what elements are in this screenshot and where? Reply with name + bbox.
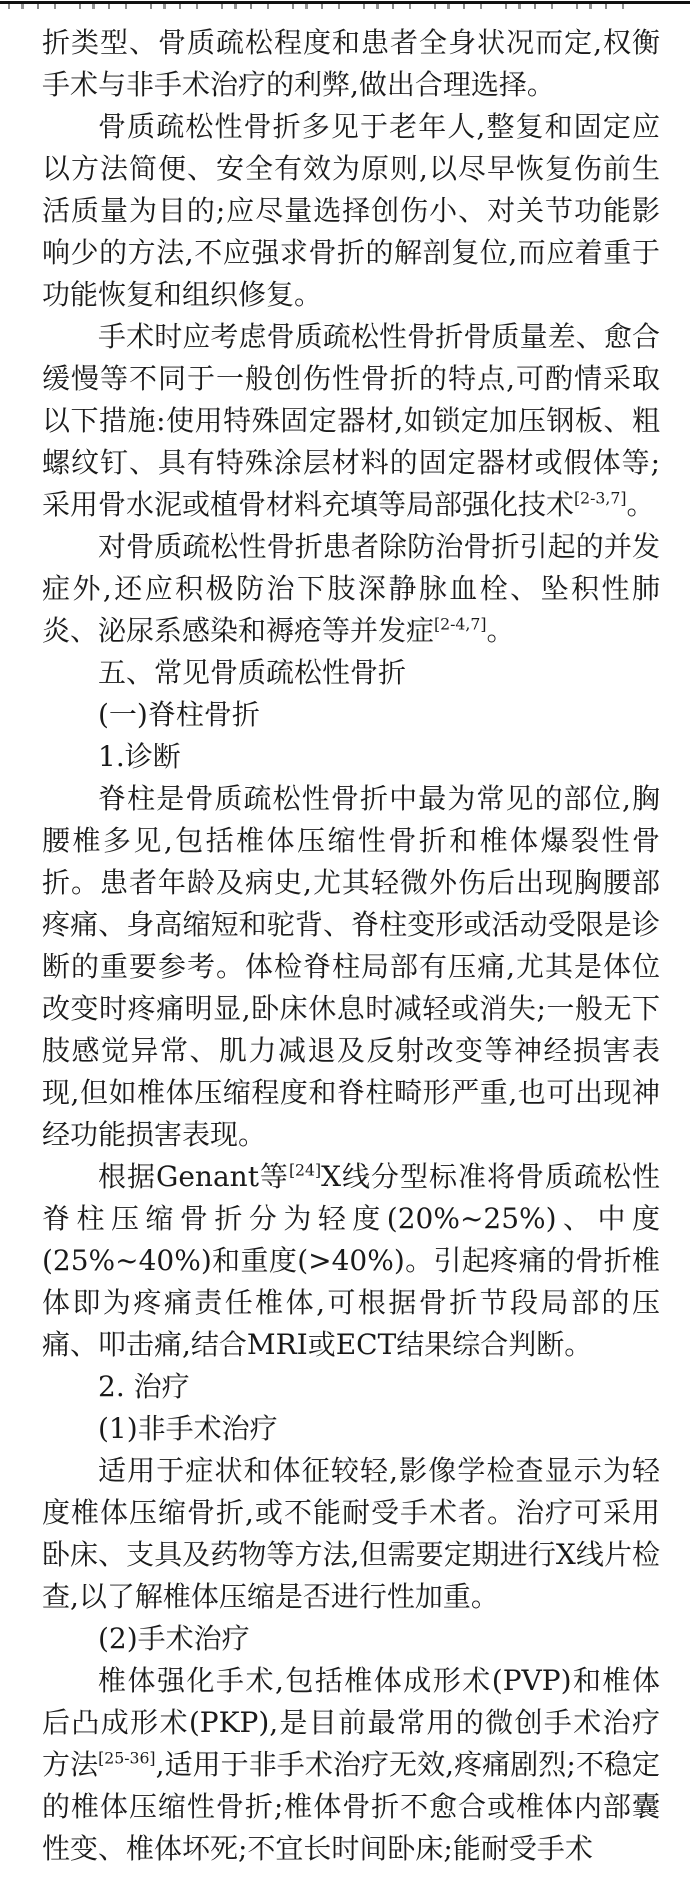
text-run: 。 [486,614,514,647]
clipped-text-fragments [8,4,630,9]
text-run: 五、常见骨质疏松性骨折 [98,656,406,689]
section-heading: (一)脊柱骨折 [42,694,660,736]
article-text-column: 折类型、骨质疏松程度和患者全身状况而定,权衡手术与非手术治疗的利弊,做出合理选择… [0,12,690,1870]
text-run: 折类型、骨质疏松程度和患者全身状况而定,权衡手术与非手术治疗的利弊,做出合理选择… [42,26,660,101]
text-run: 1.诊断 [98,740,181,773]
text-run: 手术时应考虑骨质疏松性骨折骨质量差、愈合缓慢等不同于一般创伤性骨折的特点,可酌情… [42,320,660,521]
text-run: 脊柱是骨质疏松性骨折中最为常见的部位,胸腰椎多见,包括椎体压缩性骨折和椎体爆裂性… [42,782,660,1151]
text-run: (2)手术治疗 [98,1622,250,1655]
text-run: 根据Genant等 [98,1160,289,1193]
text-run: (1)非手术治疗 [98,1412,278,1445]
text-run: 骨质疏松性骨折多见于老年人,整复和固定应以方法简便、安全有效为原则,以尽早恢复伤… [42,110,660,311]
section-heading: (2)手术治疗 [42,1618,660,1660]
citation-superscript: [24] [289,1161,321,1180]
section-heading: 1.诊断 [42,736,660,778]
section-heading: 2. 治疗 [42,1366,660,1408]
text-run: 适用于症状和体征较轻,影像学检查显示为轻度椎体压缩骨折,或不能耐受手术者。治疗可… [42,1454,660,1613]
paragraph: 骨质疏松性骨折多见于老年人,整复和固定应以方法简便、安全有效为原则,以尽早恢复伤… [42,106,660,316]
text-run: 。 [626,488,654,521]
citation-superscript: [2-3,7] [574,489,626,508]
citation-superscript: [25-36] [98,1749,155,1768]
text-run: 2. 治疗 [98,1370,190,1403]
section-heading: (1)非手术治疗 [42,1408,660,1450]
paragraph: 椎体强化手术,包括椎体成形术(PVP)和椎体后凸成形术(PKP),是目前最常用的… [42,1660,660,1870]
text-run: 对骨质疏松性骨折患者除防治骨折引起的并发症外,还应积极防治下肢深静脉血栓、坠积性… [42,530,660,647]
paragraph: 手术时应考虑骨质疏松性骨折骨质量差、愈合缓慢等不同于一般创伤性骨折的特点,可酌情… [42,316,660,526]
citation-superscript: [2-4,7] [434,615,486,634]
section-heading: 五、常见骨质疏松性骨折 [42,652,660,694]
paragraph: 折类型、骨质疏松程度和患者全身状况而定,权衡手术与非手术治疗的利弊,做出合理选择… [42,22,660,106]
paragraph: 适用于症状和体征较轻,影像学检查显示为轻度椎体压缩骨折,或不能耐受手术者。治疗可… [42,1450,660,1618]
page-top-clipped-line [0,0,690,12]
paragraph: 对骨质疏松性骨折患者除防治骨折引起的并发症外,还应积极防治下肢深静脉血栓、坠积性… [42,526,660,652]
header-rule [0,1,690,4]
paragraph: 脊柱是骨质疏松性骨折中最为常见的部位,胸腰椎多见,包括椎体压缩性骨折和椎体爆裂性… [42,778,660,1156]
document-page: 折类型、骨质疏松程度和患者全身状况而定,权衡手术与非手术治疗的利弊,做出合理选择… [0,0,690,1901]
paragraph: 根据Genant等[24]X线分型标准将骨质疏松性脊柱压缩骨折分为轻度(20%~… [42,1156,660,1366]
text-run: (一)脊柱骨折 [98,698,260,731]
